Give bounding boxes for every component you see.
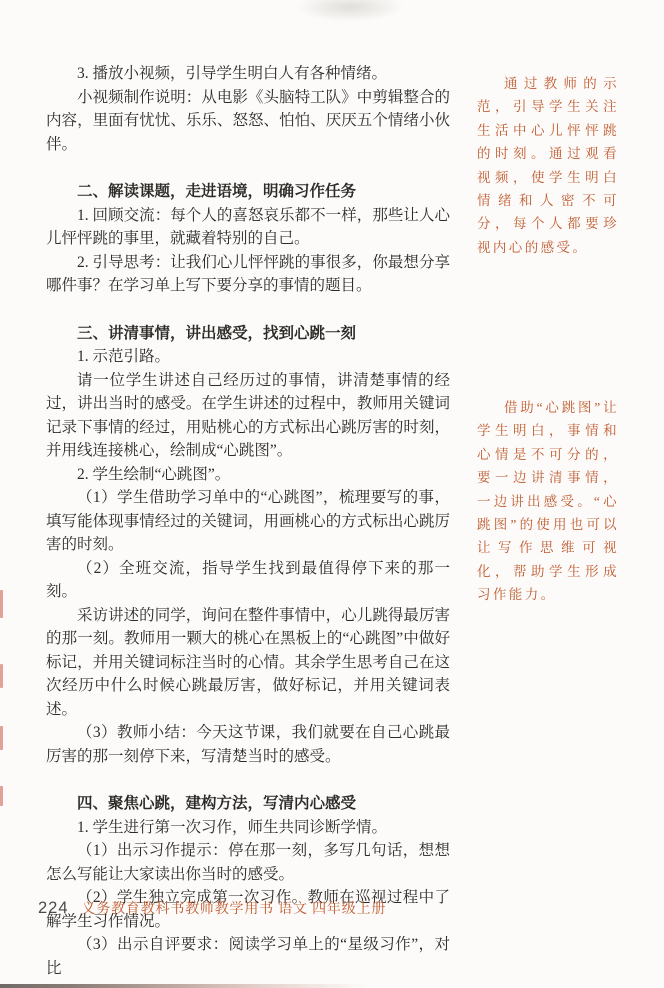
lesson-steps-text: 3. 播放小视频，引导学生明白人有各种情绪。小视频制作说明：从电影《头脑特工队》… xyxy=(46,62,450,980)
body-paragraph: （1）学生借助学习单中的“心跳图”，梳理要写的事，填写能体现事情经过的关键词，用… xyxy=(46,486,450,557)
body-paragraph: 1. 示范引路。 xyxy=(46,345,450,369)
scan-page-edge xyxy=(0,984,365,988)
scan-bleed-mark xyxy=(0,786,3,806)
body-paragraph: 请一位学生讲述自己经历过的事情，讲清楚事情的经过，讲出当时的感受。在学生讲述的过… xyxy=(46,369,450,463)
scan-smudge xyxy=(295,0,405,22)
body-paragraph: 1. 回顾交流：每个人的喜怒哀乐都不一样，那些让人心儿怦怦跳的事里，就藏着特别的… xyxy=(46,204,450,251)
scan-bleed-mark xyxy=(0,590,3,618)
body-paragraph: （3）出示自评要求：阅读学习单上的“星级习作”，对比 xyxy=(46,933,450,980)
book-page: 3. 播放小视频，引导学生明白人有各种情绪。小视频制作说明：从电影《头脑特工队》… xyxy=(0,0,664,988)
scan-bleed-mark xyxy=(0,664,3,688)
body-paragraph: 2. 引导思考：让我们心儿怦怦跳的事很多，你最想分享哪件事？在学习单上写下要分享… xyxy=(46,251,450,298)
margin-note-teacher-demo: 通过教师的示范，引导学生关注生活中心儿怦怦跳的时刻。通过观看视频，使学生明白情绪… xyxy=(477,72,619,259)
section-heading: 四、聚焦心跳，建构方法，写清内心感受 xyxy=(46,792,450,816)
body-paragraph: 2. 学生绘制“心跳图”。 xyxy=(46,463,450,487)
body-paragraph: 小视频制作说明：从电影《头脑特工队》中剪辑整合的内容，里面有忧忧、乐乐、怒怒、怕… xyxy=(46,86,450,157)
page-footer: 224 义务教育教科书教师教学用书 语文 四年级上册 xyxy=(38,898,386,918)
scan-bleed-mark xyxy=(0,726,3,750)
body-paragraph: （2）全班交流，指导学生找到最值得停下来的那一刻。 xyxy=(46,557,450,604)
margin-note-heartbeat-chart: 借助“心跳图”让学生明白，事情和心情是不可分的，要一边讲清事情，一边讲出感受。“… xyxy=(477,396,619,607)
book-title: 义务教育教科书教师教学用书 语文 四年级上册 xyxy=(82,898,387,918)
section-heading: 二、解读课题，走进语境，明确习作任务 xyxy=(46,180,450,204)
page-number: 224 xyxy=(38,899,69,918)
body-paragraph: 采访讲述的同学，询问在整件事情中，心儿跳得最厉害的那一刻。教师用一颗大的桃心在黑… xyxy=(46,604,450,722)
body-paragraph: （3）教师小结：今天这节课，我们就要在自己心跳最厉害的那一刻停下来，写清楚当时的… xyxy=(46,721,450,768)
body-paragraph: （1）出示习作提示：停在那一刻，多写几句话，想想怎么写能让大家读出你当时的感受。 xyxy=(46,839,450,886)
body-paragraph: 3. 播放小视频，引导学生明白人有各种情绪。 xyxy=(46,62,450,86)
section-heading: 三、讲清事情，讲出感受，找到心跳一刻 xyxy=(46,322,450,346)
body-paragraph: 1. 学生进行第一次习作，师生共同诊断学情。 xyxy=(46,816,450,840)
